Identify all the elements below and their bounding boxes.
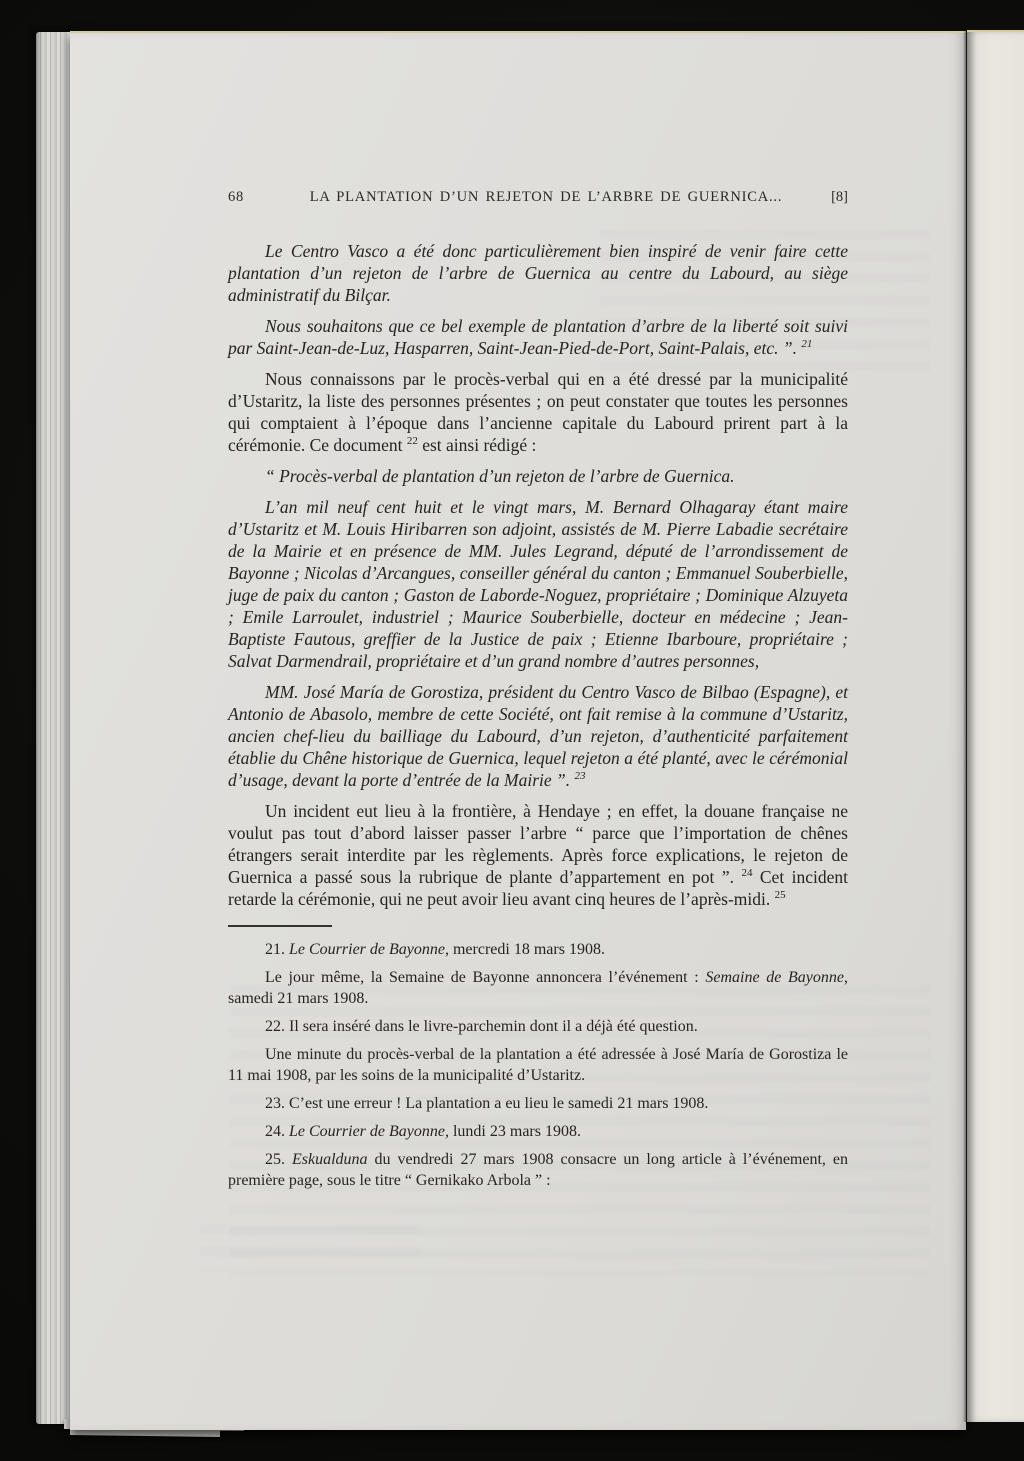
body-paragraph: “ Procès-verbal de plantation d’un rejet… <box>228 465 848 487</box>
text-run: Nous connaissons par le procès-verbal qu… <box>228 369 848 455</box>
footnote-ref: 24 <box>741 867 752 879</box>
body-paragraph: MM. José María de Gorostiza, président d… <box>228 681 848 791</box>
footnote-ref: 22 <box>407 435 418 447</box>
text-run: 24. <box>265 1123 289 1140</box>
text-run: MM. José María de Gorostiza, président d… <box>228 682 848 790</box>
text-run: 23. C’est une erreur ! La plantation a e… <box>265 1095 708 1112</box>
footnote: Une minute du procès-verbal de la planta… <box>228 1044 848 1086</box>
text-run: 25. <box>265 1151 292 1168</box>
footnote: Le jour même, la Semaine de Bayonne anno… <box>228 967 848 1009</box>
book-page: 68 LA PLANTATION D’UN REJETON DE L’ARBRE… <box>70 31 966 1430</box>
footnote-ref: 25 <box>775 889 786 901</box>
text-run: Le Courrier de Bayonne, <box>289 1123 449 1140</box>
text-run: L’an mil neuf cent huit et le vingt mars… <box>228 497 848 671</box>
book-photo: 68 LA PLANTATION D’UN REJETON DE L’ARBRE… <box>0 0 1024 1461</box>
text-run: Semaine de Bayonne, <box>705 969 848 986</box>
footnote-ref: 21 <box>801 338 812 350</box>
text-run: “ Procès-verbal de plantation d’un rejet… <box>265 466 734 486</box>
footnote: 23. C’est une erreur ! La plantation a e… <box>228 1093 848 1114</box>
text-run: Le Centro Vasco a été donc particulièrem… <box>228 241 848 305</box>
footnote-separator <box>228 925 332 927</box>
running-header: 68 LA PLANTATION D’UN REJETON DE L’ARBRE… <box>228 189 848 206</box>
text-run: Le Courrier de Bayonne, <box>289 941 449 958</box>
text-run: Une minute du procès-verbal de la planta… <box>228 1046 848 1084</box>
header-issue-ref: [8] <box>812 189 848 206</box>
text-run: Le jour même, la Semaine de Bayonne anno… <box>265 969 705 986</box>
page-number: 68 <box>228 189 280 206</box>
page-text-column: 68 LA PLANTATION D’UN REJETON DE L’ARBRE… <box>228 189 848 1198</box>
footnotes: 21. Le Courrier de Bayonne, mercredi 18 … <box>228 939 848 1191</box>
text-run: Eskualduna <box>292 1151 368 1168</box>
text-run: mercredi 18 mars 1908. <box>449 941 605 958</box>
text-run: Nous souhaitons que ce bel exemple de pl… <box>228 316 848 358</box>
body-paragraph: Nous souhaitons que ce bel exemple de pl… <box>228 315 848 359</box>
text-run: 22. Il sera inséré dans le livre-parchem… <box>265 1018 698 1035</box>
body-paragraph: Le Centro Vasco a été donc particulièrem… <box>228 240 848 306</box>
footnote: 22. Il sera inséré dans le livre-parchem… <box>228 1016 848 1037</box>
running-title: LA PLANTATION D’UN REJETON DE L’ARBRE DE… <box>280 189 812 206</box>
text-run: samedi 21 mars 1908. <box>228 990 368 1007</box>
text-run: est ainsi rédigé : <box>418 435 537 455</box>
footnote: 21. Le Courrier de Bayonne, mercredi 18 … <box>228 939 848 960</box>
footnote: 24. Le Courrier de Bayonne, lundi 23 mar… <box>228 1121 848 1142</box>
body-paragraph: Nous connaissons par le procès-verbal qu… <box>228 368 848 456</box>
body-paragraph: L’an mil neuf cent huit et le vingt mars… <box>228 496 848 672</box>
body-paragraph: Un incident eut lieu à la frontière, à H… <box>228 800 848 910</box>
text-run: lundi 23 mars 1908. <box>449 1123 581 1140</box>
facing-page-edge <box>967 30 1024 1422</box>
footnote-ref: 23 <box>575 770 586 782</box>
footnote: 25. Eskualduna du vendredi 27 mars 1908 … <box>228 1149 848 1191</box>
text-run: 21. <box>265 941 289 958</box>
body-paragraphs: Le Centro Vasco a été donc particulièrem… <box>228 240 848 910</box>
